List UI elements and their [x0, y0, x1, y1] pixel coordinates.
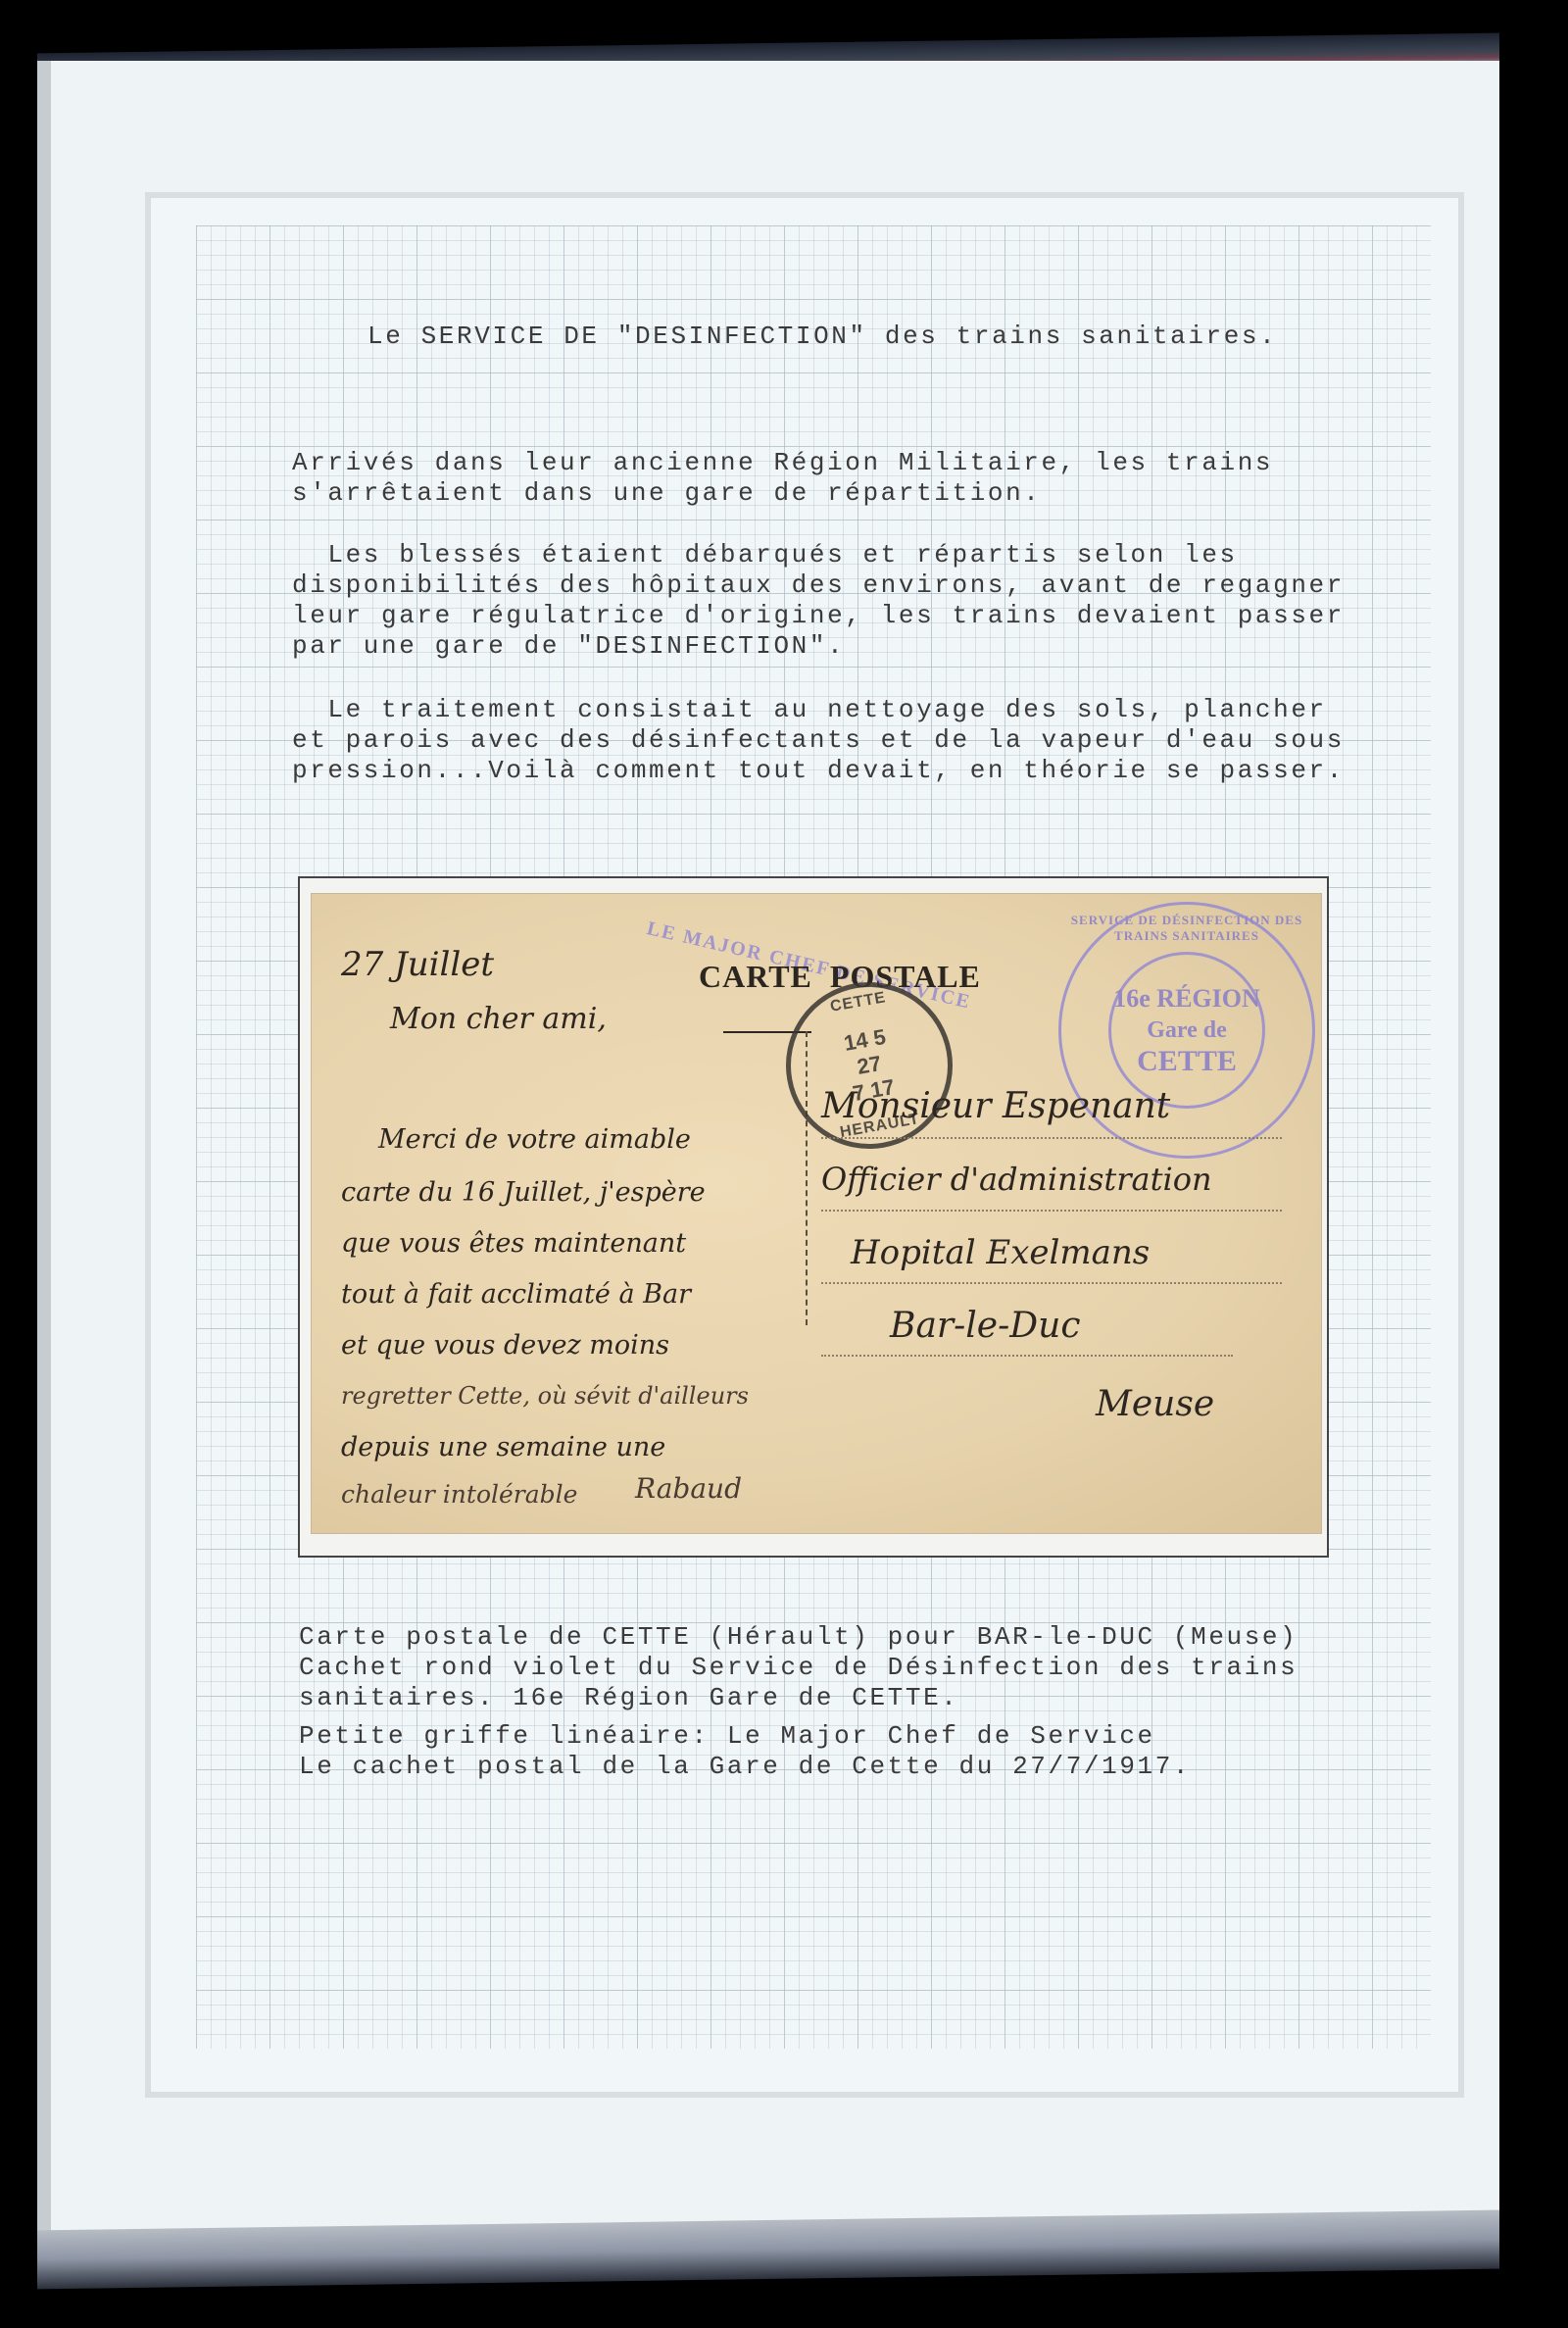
postcard: LE MAJOR CHEF DE SERVICE CARTE POSTALE C…	[312, 894, 1321, 1533]
address-title: Officier d'administration	[821, 1161, 1212, 1198]
address-city: Bar-le-Duc	[890, 1306, 1080, 1346]
address-department: Meuse	[1096, 1384, 1214, 1424]
caption-notes: Petite griffe linéaire: Le Major Chef de…	[299, 1721, 1191, 1782]
cachet-ring-text: SERVICE DE DÉSINFECTION DES TRAINS SANIT…	[1061, 913, 1312, 944]
paragraph-2: Les blessés étaient débarqués et réparti…	[292, 540, 1345, 662]
message-date: 27 Juillet	[341, 945, 494, 984]
paragraph-3: Le traitement consistait au nettoyage de…	[292, 695, 1345, 786]
signature: Rabaud	[635, 1472, 742, 1505]
page-title: Le SERVICE DE "DESINFECTION" des trains …	[367, 322, 1277, 352]
address-hospital: Hopital Exelmans	[851, 1233, 1150, 1272]
postmark-time: 14 5	[842, 1024, 888, 1057]
address-name: Monsieur Espenant	[821, 1086, 1170, 1126]
caption-description: Carte postale de CETTE (Hérault) pour BA…	[299, 1622, 1298, 1713]
message-greeting: Mon cher ami,	[390, 1002, 607, 1036]
paragraph-1: Arrivés dans leur ancienne Région Milita…	[292, 448, 1273, 509]
